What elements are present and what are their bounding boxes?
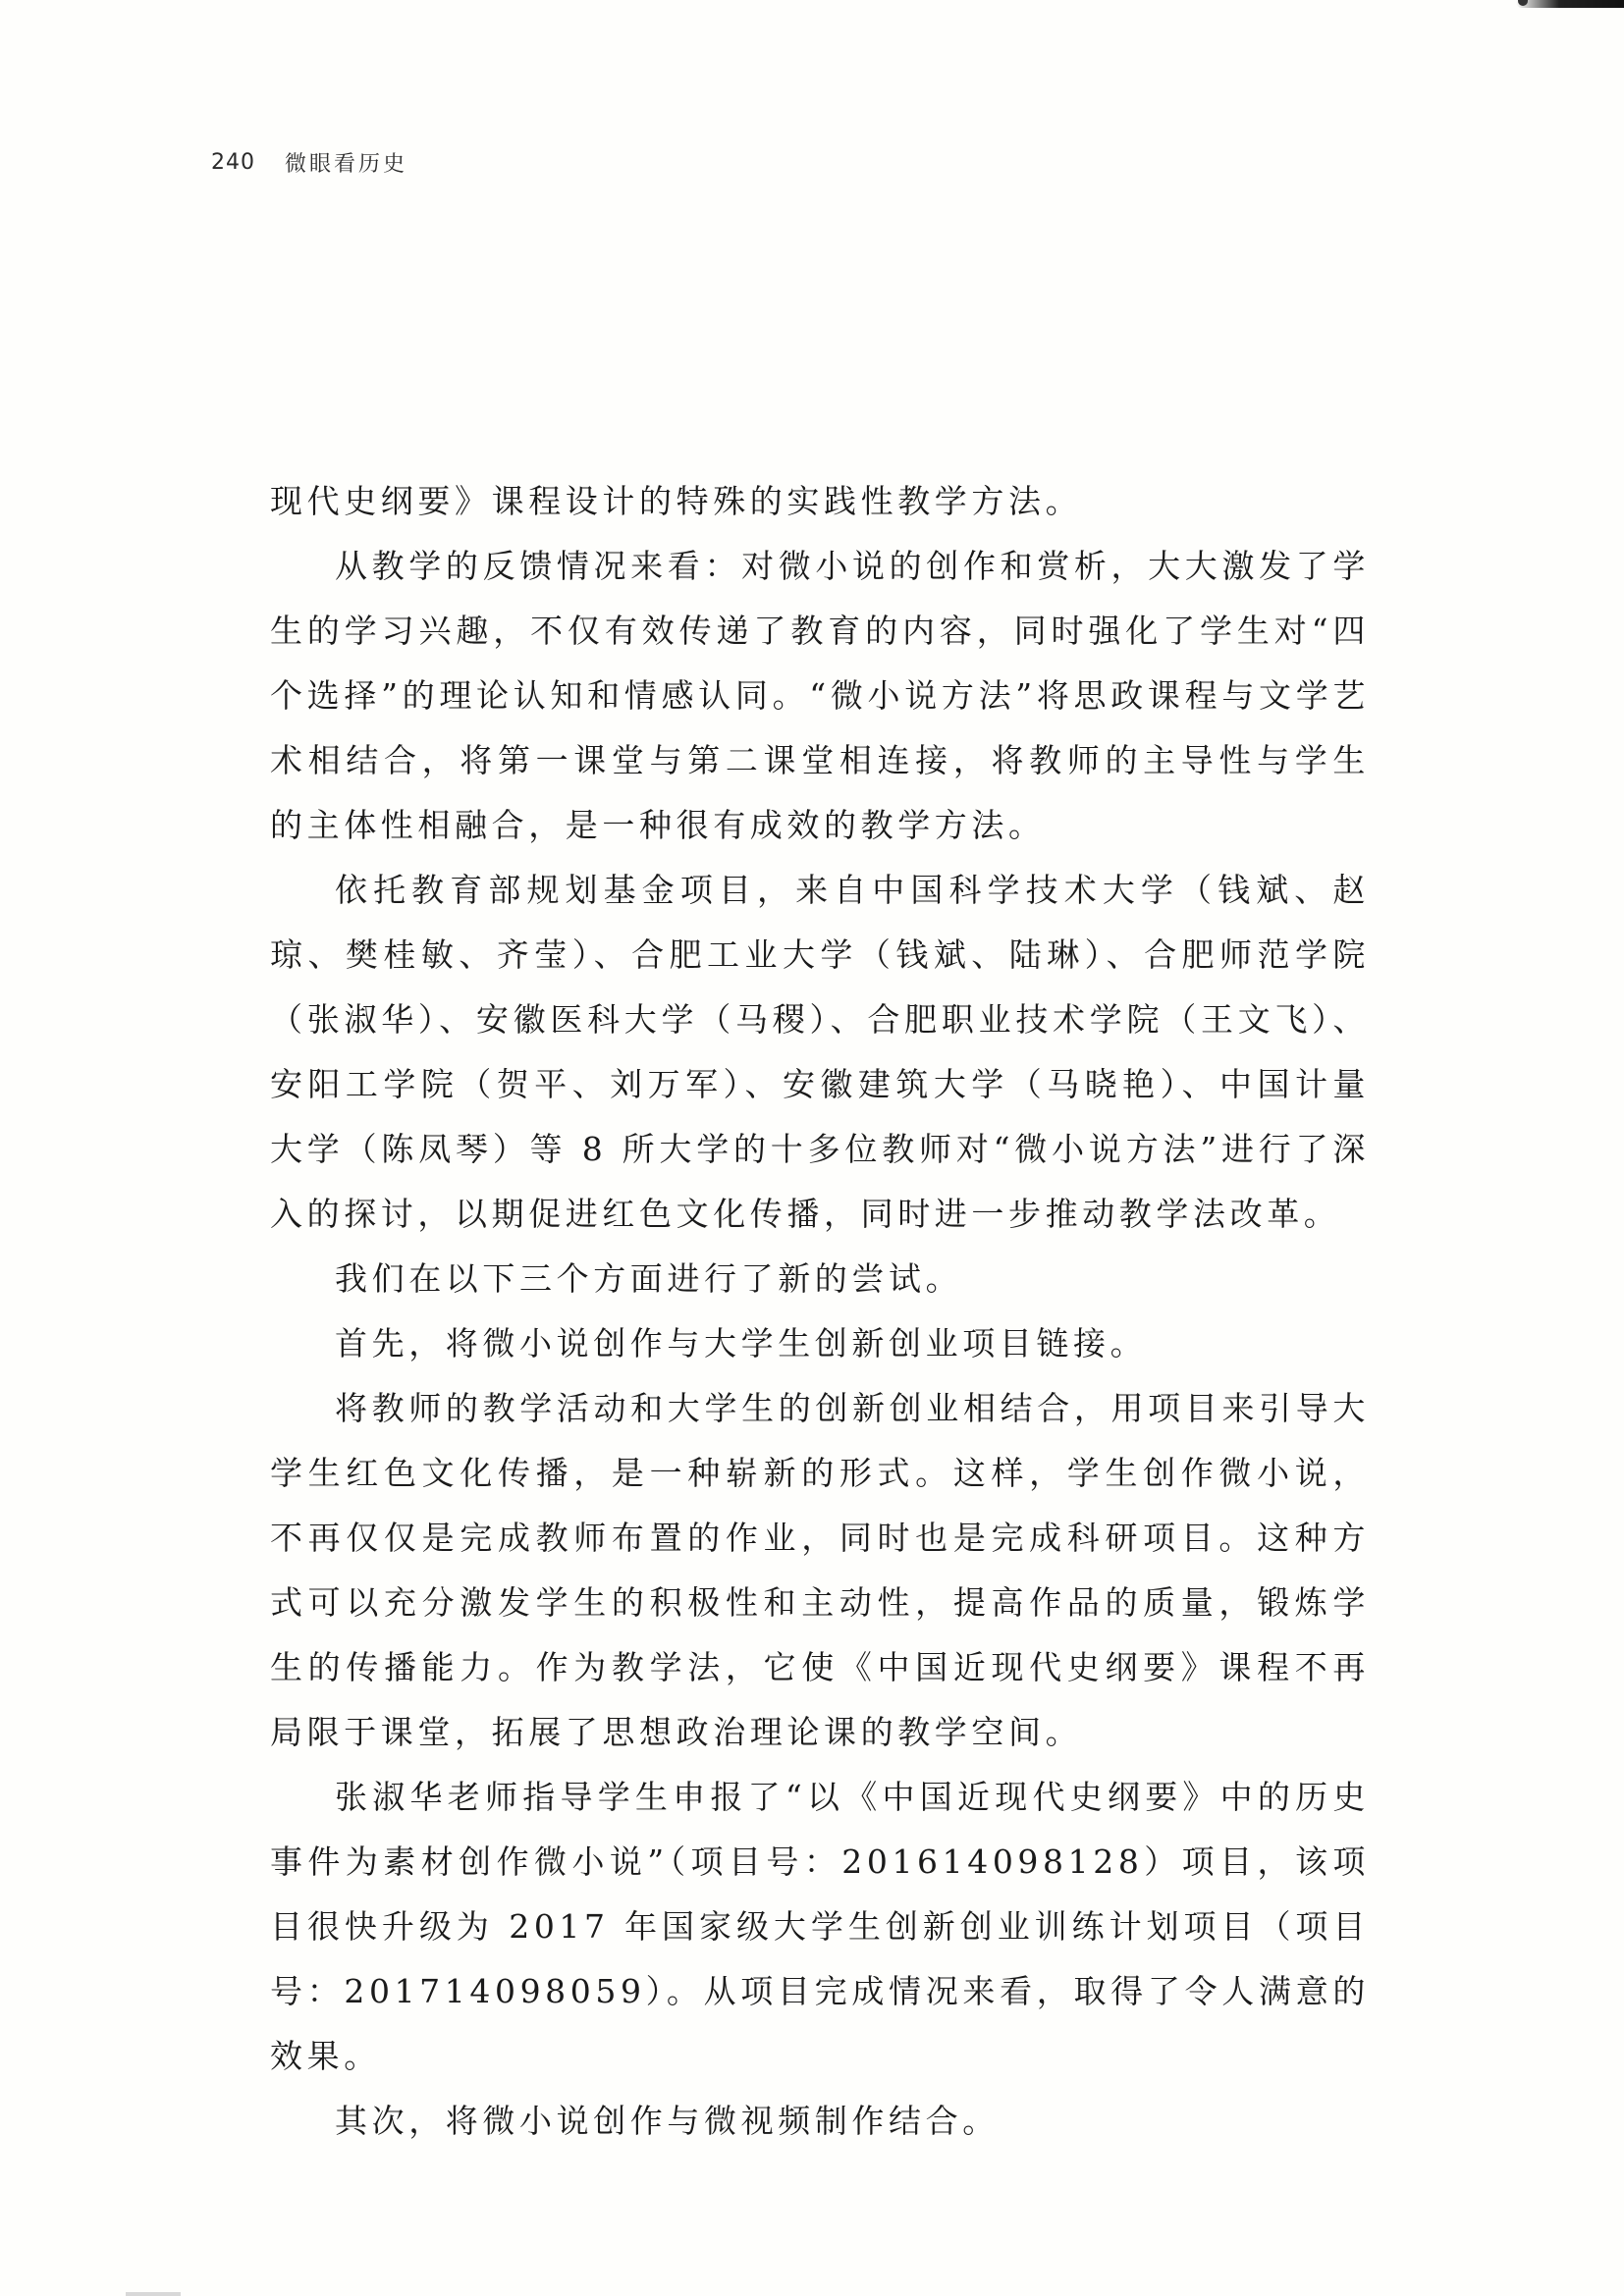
book-title: 微眼看历史	[285, 147, 407, 178]
paragraph: 我们在以下三个方面进行了新的尝试。	[270, 1247, 1370, 1311]
running-head: 240 微眼看历史	[211, 147, 407, 178]
page-number: 240	[211, 150, 255, 175]
scan-edge-artifact	[1516, 0, 1624, 8]
paragraph: 张淑华老师指导学生申报了“以《中国近现代史纲要》中的历史事件为素材创作微小说”（…	[270, 1765, 1370, 2089]
paragraph: 从教学的反馈情况来看：对微小说的创作和赏析，大大激发了学生的学习兴趣，不仅有效传…	[270, 534, 1370, 858]
scan-edge-artifact	[126, 2292, 181, 2296]
paragraph: 依托教育部规划基金项目，来自中国科学技术大学（钱斌、赵琼、樊桂敏、齐莹）、合肥工…	[270, 858, 1370, 1247]
paragraph: 其次，将微小说创作与微视频制作结合。	[270, 2089, 1370, 2154]
paragraph: 现代史纲要》课程设计的特殊的实践性教学方法。	[270, 469, 1370, 534]
paragraph: 首先，将微小说创作与大学生创新创业项目链接。	[270, 1311, 1370, 1376]
paragraph: 将教师的教学活动和大学生的创新创业相结合，用项目来引导大学生红色文化传播，是一种…	[270, 1376, 1370, 1765]
body-text: 现代史纲要》课程设计的特殊的实践性教学方法。 从教学的反馈情况来看：对微小说的创…	[270, 469, 1370, 2154]
